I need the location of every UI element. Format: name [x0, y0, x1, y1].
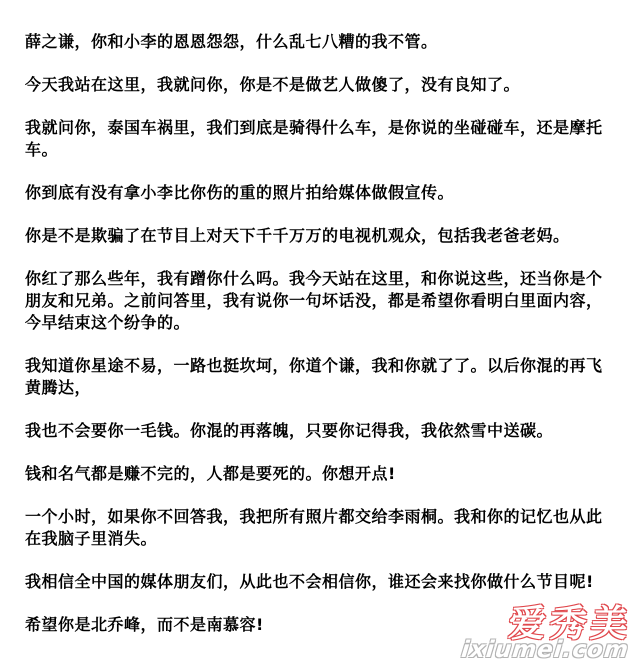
paragraph-12: 希望你是北乔峰，而不是南慕容! [25, 614, 613, 636]
paragraph-4: 你到底有没有拿小李比你伤的重的照片拍给媒体做假宣传。 [25, 182, 613, 204]
watermark-site-text: ixiumei.com [460, 638, 630, 663]
paragraph-5: 你是不是欺骗了在节目上对天下千千万万的电视机观众，包括我老爸老妈。 [25, 225, 613, 247]
paragraph-2: 今天我站在这里，我就问你，你是不是做艺人做傻了，没有良知了。 [25, 74, 613, 96]
paragraph-7: 我知道你星途不易，一路也挺坎坷，你道个谦，我和你就了了。以后你混的再飞黄腾达， [25, 355, 613, 399]
paragraph-3: 我就问你，泰国车祸里，我们到底是骑得什么车，是你说的坐碰碰车，还是摩托车。 [25, 117, 613, 161]
paragraph-1: 薛之谦，你和小李的恩恩怨怨，什么乱七八糟的我不管。 [25, 31, 613, 53]
paragraph-9: 钱和名气都是赚不完的，人都是要死的。你想开点! [25, 463, 613, 485]
paragraph-8: 我也不会要你一毛钱。你混的再落魄，只要你记得我，我依然雪中送碳。 [25, 420, 613, 442]
paragraph-11: 我相信全中国的媒体朋友们，从此也不会相信你，谁还会来找你做什么节目呢! [25, 571, 613, 593]
paragraph-6: 你红了那么些年，我有蹭你什么吗。我今天站在这里，和你说这些，还当你是个朋友和兄弟… [25, 268, 613, 334]
article-text-block: 薛之谦，你和小李的恩恩怨怨，什么乱七八糟的我不管。 今天我站在这里，我就问你，你… [0, 0, 633, 636]
paragraph-10: 一个小时，如果你不回答我，我把所有照片都交给李雨桐。我和你的记忆也从此在我脑子里… [25, 506, 613, 550]
